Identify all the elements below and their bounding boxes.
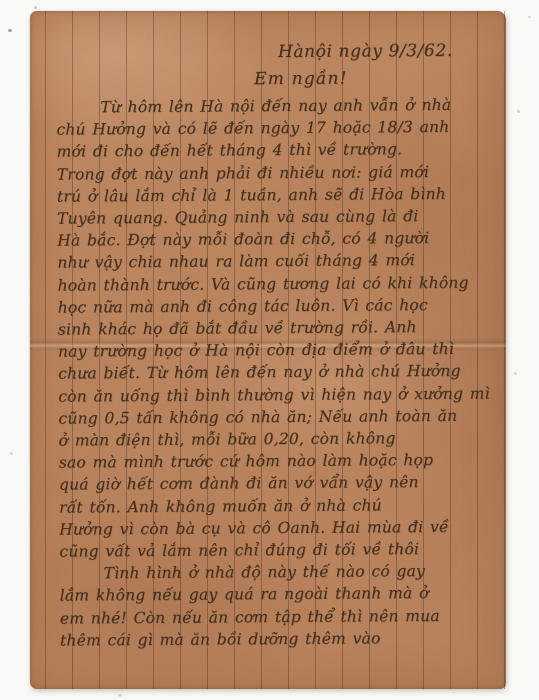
letter-body: Từ hôm lên Hà nội đến nay anh vẫn ở nhà …	[56, 93, 515, 651]
letter-line: sao mà mình trước cứ hôm nào làm hoặc họ…	[59, 449, 514, 474]
letter-line: còn ăn uống thì bình thường vì hiện nay …	[58, 382, 513, 407]
letter-line: sinh khác họ đã bắt đầu về trường rồi. A…	[58, 315, 513, 340]
letter-line: cũng 0,5 tấn không có nhà ăn; Nếu anh to…	[58, 404, 513, 429]
letter-line: Tuyên quang. Quảng ninh và sau cùng là đ…	[57, 204, 512, 229]
handwritten-text: Hànội ngày 9/3/62. Em ngần! Từ hôm lên H…	[56, 9, 516, 690]
letter-line: thêm cái gì mà ăn bồi dưỡng thêm vào	[60, 626, 515, 651]
scan-speck	[528, 16, 531, 18]
letter-line: Từ hôm lên Hà nội đến nay anh vẫn ở nhà	[56, 93, 511, 118]
letter-line: cũng vất vả lắm nên chỉ đúng đi tối về t…	[59, 537, 514, 562]
scan-speck	[34, 6, 37, 9]
letter-line: em nhé! Còn nếu ăn cơm tập thể thì nên m…	[60, 604, 515, 629]
letter-line: Tình hình ở nhà độ này thế nào có gay	[59, 560, 514, 585]
date-line: Hànội ngày 9/3/62.	[278, 40, 511, 62]
letter-line: Hưởng vì còn bà cụ và cô Oanh. Hai mùa đ…	[59, 515, 514, 540]
letter-line: Hà bắc. Đợt này mỗi đoàn đi chỗ, có 4 ng…	[57, 227, 512, 252]
scan-speck	[514, 372, 517, 375]
salutation: Em ngần!	[254, 67, 511, 89]
letter-line: chú Hưởng và có lẽ đến ngày 17 hoặc 18/3…	[56, 116, 511, 141]
letter-line: học nữa mà anh đi công tác luôn. Vì các …	[58, 293, 513, 318]
letter-line: quá giờ hết cơm đành đi ăn vớ vẩn vậy nê…	[59, 471, 514, 496]
letter-line: hoàn thành trước. Và cũng tương lai có k…	[57, 271, 512, 296]
letter-line: ở màn điện thì, mỗi bữa 0,20, còn không	[59, 426, 514, 451]
scan-speck	[8, 29, 12, 32]
letter-line: Trong đợt này anh phải đi nhiều nơi: giá…	[57, 160, 512, 185]
letter-line: chưa biết. Từ hôm lên đến nay ở nhà chú …	[58, 360, 513, 385]
letter-line: mới đi cho đến hết tháng 4 thì về trường…	[57, 138, 512, 163]
letter-paper: Hànội ngày 9/3/62. Em ngần! Từ hôm lên H…	[30, 11, 506, 689]
letter-line: trú ở lâu lắm chỉ là 1 tuần, anh sẽ đi H…	[57, 182, 512, 207]
scan-speck	[118, 694, 122, 697]
letter-line: nay trường học ở Hà nội còn địa điểm ở đ…	[58, 338, 513, 363]
scanned-letter-background: Hànội ngày 9/3/62. Em ngần! Từ hôm lên H…	[0, 0, 539, 700]
letter-line: lắm không nếu gay quá ra ngoài thanh mà …	[60, 582, 515, 607]
scan-speck	[10, 452, 13, 455]
letter-line: như vậy chia nhau ra làm cuối tháng 4 mớ…	[57, 249, 512, 274]
letter-line: rất tốn. Anh không muốn ăn ở nhà chú	[59, 493, 514, 518]
scan-speck	[517, 110, 520, 113]
